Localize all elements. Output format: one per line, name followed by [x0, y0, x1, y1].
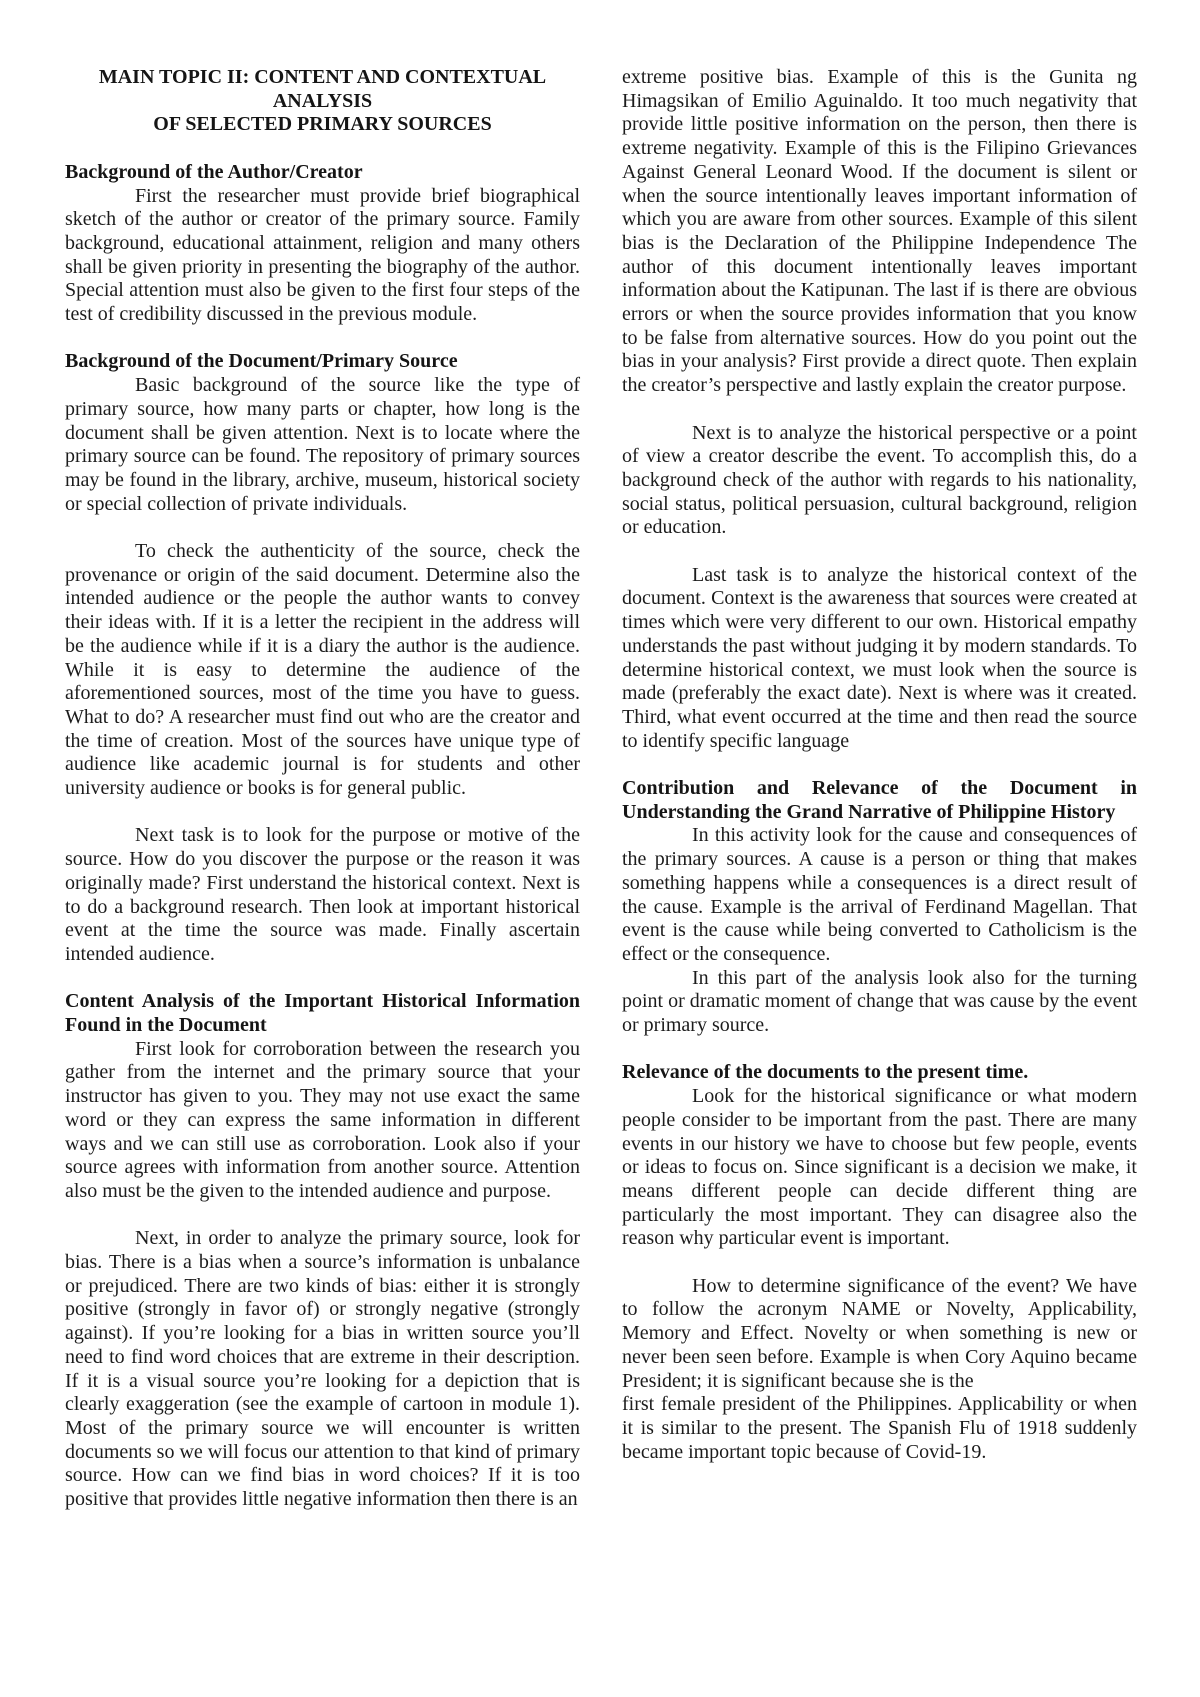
paragraph-content-analysis-2: Next, in order to analyze the primary so…: [65, 1227, 580, 1511]
section-heading-content-analysis: Content Analysis of the Important Histor…: [65, 990, 580, 1037]
document-title-line-2: OF SELECTED PRIMARY SOURCES: [65, 113, 580, 137]
document-title-line-1: MAIN TOPIC II: CONTENT AND CONTEXTUAL AN…: [65, 66, 580, 113]
section-heading-document-source: Background of the Document/Primary Sourc…: [65, 350, 580, 374]
right-column: extreme positive bias. Example of this i…: [622, 66, 1137, 1697]
section-heading-relevance: Relevance of the documents to the presen…: [622, 1061, 1137, 1085]
section-heading-contribution: Contribution and Relevance of the Docume…: [622, 777, 1137, 824]
paragraph-content-analysis-1: First look for corroboration between the…: [65, 1038, 580, 1204]
paragraph-document-source-2: To check the authenticity of the source,…: [65, 540, 580, 801]
paragraph-document-source-1: Basic background of the source like the …: [65, 374, 580, 516]
document-page: MAIN TOPIC II: CONTENT AND CONTEXTUAL AN…: [0, 0, 1200, 1697]
paragraph-document-source-3: Next task is to look for the purpose or …: [65, 824, 580, 966]
paragraph-author-creator: First the researcher must provide brief …: [65, 185, 580, 327]
paragraph-contribution-2: In this part of the analysis look also f…: [622, 967, 1137, 1038]
paragraph-contribution-1: In this activity look for the cause and …: [622, 824, 1137, 966]
paragraph-historical-perspective: Next is to analyze the historical perspe…: [622, 422, 1137, 541]
document-title: MAIN TOPIC II: CONTENT AND CONTEXTUAL AN…: [65, 66, 580, 137]
paragraph-relevance-2: How to determine significance of the eve…: [622, 1275, 1137, 1394]
paragraph-relevance-3: first female president of the Philippine…: [622, 1393, 1137, 1464]
paragraph-historical-context: Last task is to analyze the historical c…: [622, 564, 1137, 754]
paragraph-relevance-1: Look for the historical significance or …: [622, 1085, 1137, 1251]
section-heading-author-creator: Background of the Author/Creator: [65, 161, 580, 185]
left-column: MAIN TOPIC II: CONTENT AND CONTEXTUAL AN…: [65, 66, 580, 1697]
paragraph-bias-continued: extreme positive bias. Example of this i…: [622, 66, 1137, 398]
